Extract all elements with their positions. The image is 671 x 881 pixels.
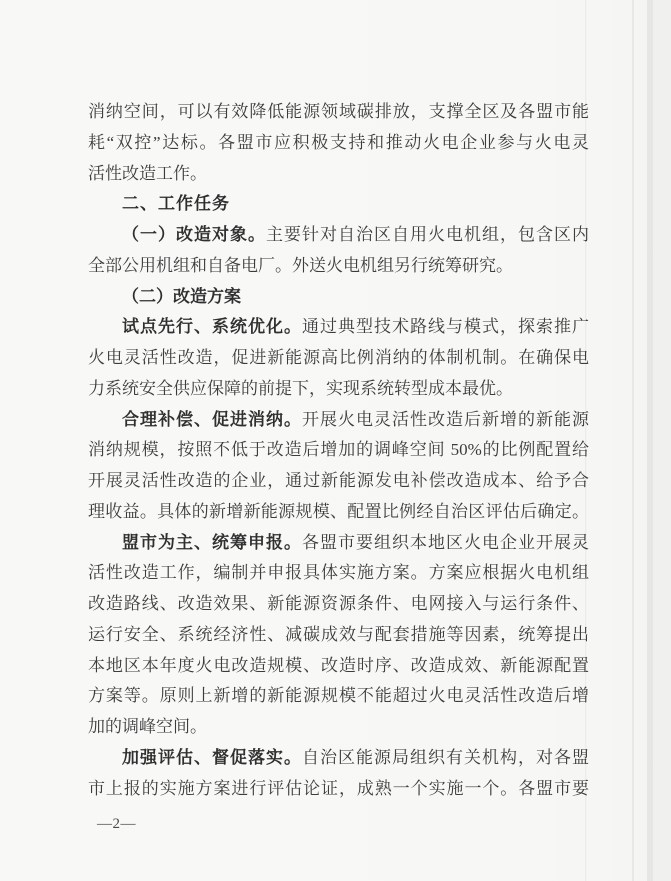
text-run: 开展灵活性改造的企业，通过新能源发电补偿改造成本、给予合	[88, 471, 589, 490]
text-run: 通过典型技术路线与模式，探索推广	[302, 317, 589, 336]
doc-line: 二、工作任务	[88, 189, 589, 220]
doc-line: 本地区本年度火电改造规模、改造时序、改造成效、新能源配置	[88, 651, 589, 682]
bold-text-run: （一）改造对象。	[122, 225, 266, 244]
doc-line: 合理补偿、促进消纳。开展火电灵活性改造后新增的新能源	[88, 405, 589, 436]
text-run: 主要针对自治区自用火电机组，包含区内	[266, 225, 589, 244]
doc-line: 活性改造工作。	[88, 159, 589, 190]
text-run: 消纳规模，按照不低于改造后增加的调峰空间 50%的比例配置给	[88, 440, 589, 459]
text-run: 活性改造工作。	[88, 164, 207, 183]
bold-text-run: 盟市为主、统筹申报。	[122, 533, 302, 552]
doc-line: 加的调峰空间。	[88, 712, 589, 743]
doc-line: 理收益。具体的新增新能源规模、配置比例经自治区评估后确定。	[88, 497, 589, 528]
bold-text-run: （二）改造方案	[122, 287, 241, 306]
bold-text-run: 加强评估、督促落实。	[122, 748, 302, 767]
text-run: 改造路线、改造效果、新能源资源条件、电网接入与运行条件、	[88, 594, 589, 613]
doc-line: 开展灵活性改造的企业，通过新能源发电补偿改造成本、给予合	[88, 466, 589, 497]
document-body: 消纳空间，可以有效降低能源领域碳排放，支撑全区及各盟市能耗“双控”达标。各盟市应…	[88, 97, 589, 804]
doc-line: 方案等。原则上新增的新能源规模不能超过火电灵活性改造后增	[88, 681, 589, 712]
doc-line: 耗“双控”达标。各盟市应积极支持和推动火电企业参与火电灵	[88, 128, 589, 159]
doc-line: 改造路线、改造效果、新能源资源条件、电网接入与运行条件、	[88, 589, 589, 620]
doc-line: 市上报的实施方案进行评估论证，成熟一个实施一个。各盟市要	[88, 774, 589, 805]
doc-line: 活性改造工作，编制并申报具体实施方案。方案应根据火电机组	[88, 558, 589, 589]
text-run: 全部公用机组和自备电厂。外送火电机组另行统筹研究。	[88, 256, 513, 275]
scan-fold-line	[632, 0, 634, 881]
text-run: 各盟市要组织本地区火电企业开展灵	[302, 533, 589, 552]
scanned-page: 消纳空间，可以有效降低能源领域碳排放，支撑全区及各盟市能耗“双控”达标。各盟市应…	[0, 0, 671, 881]
doc-line: 力系统安全供应保障的前提下，实现系统转型成本最优。	[88, 374, 589, 405]
text-run: 活性改造工作，编制并申报具体实施方案。方案应根据火电机组	[88, 563, 589, 582]
doc-line: 消纳规模，按照不低于改造后增加的调峰空间 50%的比例配置给	[88, 435, 589, 466]
bold-text-run: 合理补偿、促进消纳。	[122, 410, 302, 429]
doc-line: 全部公用机组和自备电厂。外送火电机组另行统筹研究。	[88, 251, 589, 282]
doc-line: 盟市为主、统筹申报。各盟市要组织本地区火电企业开展灵	[88, 528, 589, 559]
text-run: 本地区本年度火电改造规模、改造时序、改造成效、新能源配置	[88, 656, 589, 675]
bold-text-run: 试点先行、系统优化。	[122, 317, 302, 336]
text-run: 自治区能源局组织有关机构，对各盟	[302, 748, 589, 767]
doc-line: 消纳空间，可以有效降低能源领域碳排放，支撑全区及各盟市能	[88, 97, 589, 128]
text-run: 市上报的实施方案进行评估论证，成熟一个实施一个。各盟市要	[88, 779, 589, 798]
text-run: 开展火电灵活性改造后新增的新能源	[302, 410, 589, 429]
doc-line: 运行安全、系统经济性、减碳成效与配套措施等因素，统筹提出	[88, 620, 589, 651]
text-run: 加的调峰空间。	[88, 717, 207, 736]
text-run: 力系统安全供应保障的前提下，实现系统转型成本最优。	[88, 379, 513, 398]
text-run: 运行安全、系统经济性、减碳成效与配套措施等因素，统筹提出	[88, 625, 589, 644]
text-run: 火电灵活性改造，促进新能源高比例消纳的体制机制。在确保电	[88, 348, 589, 367]
doc-line: 火电灵活性改造，促进新能源高比例消纳的体制机制。在确保电	[88, 343, 589, 374]
text-run: 耗“双控”达标。各盟市应积极支持和推动火电企业参与火电灵	[88, 133, 589, 152]
text-run: 方案等。原则上新增的新能源规模不能超过火电灵活性改造后增	[88, 686, 589, 705]
text-run: 消纳空间，可以有效降低能源领域碳排放，支撑全区及各盟市能	[88, 102, 589, 121]
text-run: 理收益。具体的新增新能源规模、配置比例经自治区评估后确定。	[88, 502, 589, 521]
page-edge-margin	[653, 0, 671, 881]
doc-line: （一）改造对象。主要针对自治区自用火电机组，包含区内	[88, 220, 589, 251]
page-number: —2—	[97, 816, 136, 833]
bold-text-run: 二、工作任务	[122, 194, 230, 213]
doc-line: 试点先行、系统优化。通过典型技术路线与模式，探索推广	[88, 312, 589, 343]
doc-line: （二）改造方案	[88, 282, 589, 313]
doc-line: 加强评估、督促落实。自治区能源局组织有关机构，对各盟	[88, 743, 589, 774]
